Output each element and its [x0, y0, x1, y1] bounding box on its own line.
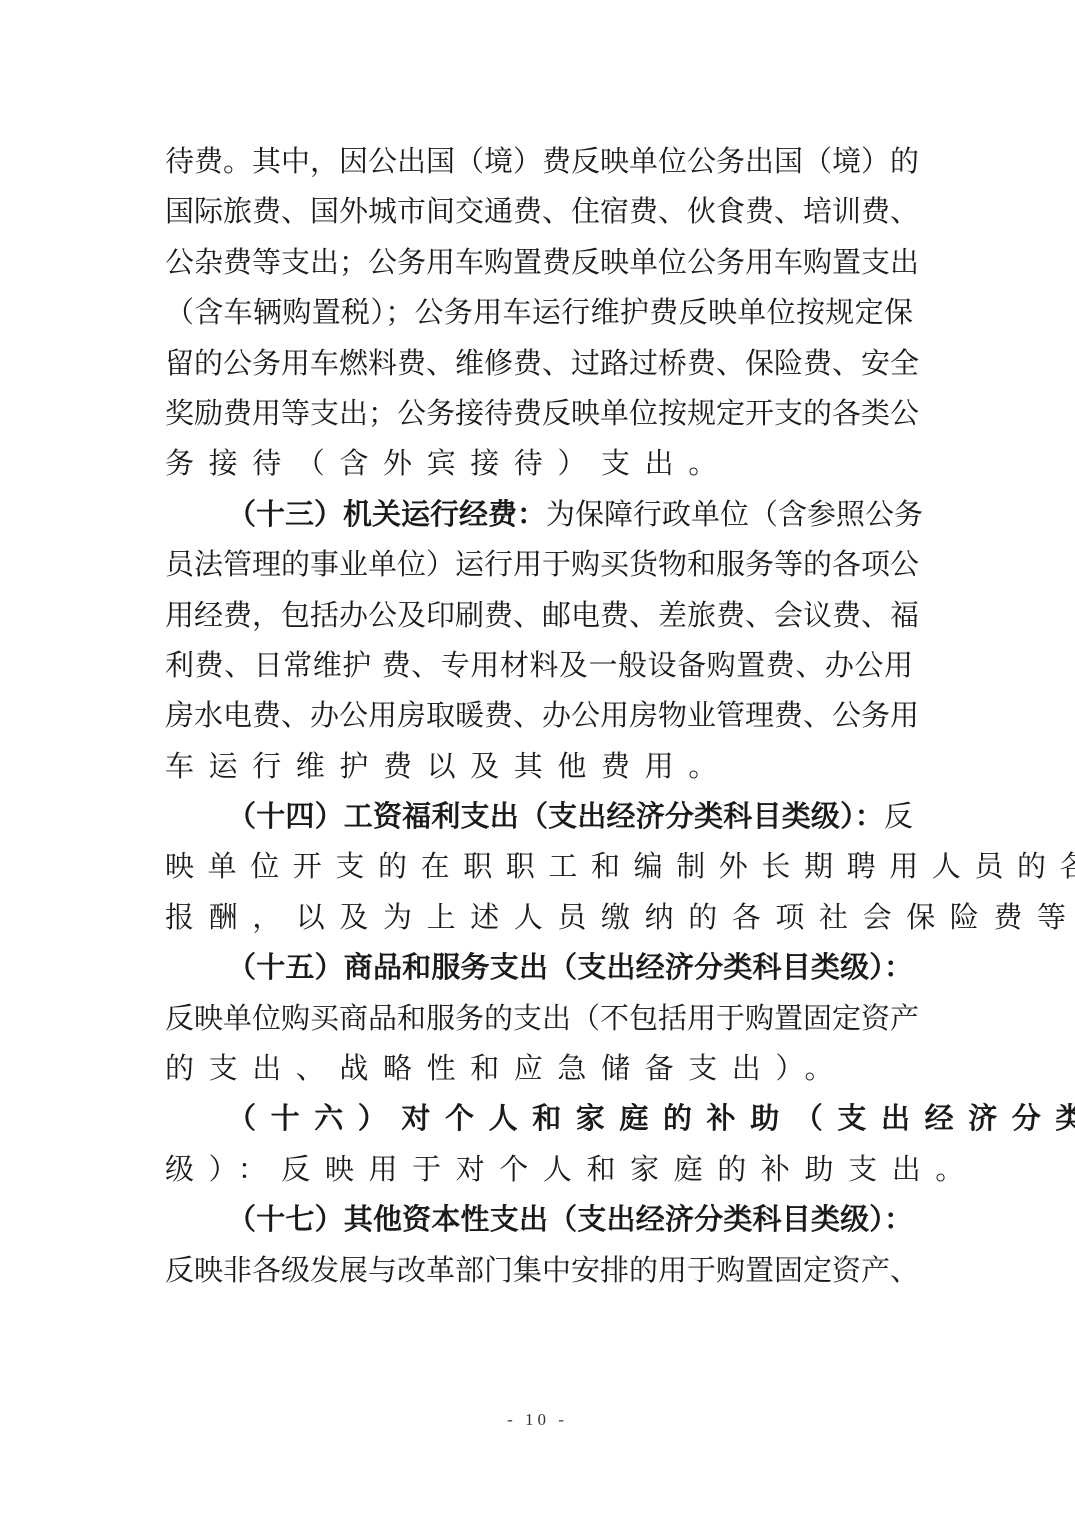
text-line: 映单位开支的在职职工和编制外长期聘用人员的各类劳动 — [165, 841, 913, 891]
section-13-first-line: （十三）机关运行经费：为保障行政单位（含参照公务 — [165, 489, 913, 539]
section-15-first-line: （十五）商品和服务支出（支出经济分类科目类级）： — [165, 942, 913, 992]
text-line: 留的公务用车燃料费、维修费、过路过桥费、保险费、安全 — [165, 338, 913, 388]
text-line: （含车辆购置税）；公务用车运行维护费反映单位按规定保 — [165, 287, 913, 337]
section-16-first-line: （十六）对个人和家庭的补助（支出经济分类科目类 — [165, 1093, 913, 1143]
text-line: 反映单位购买商品和服务的支出（不包括用于购置固定资产 — [165, 993, 913, 1043]
text-line: 报酬，以及为上述人员缴纳的各项社会保险费等。 — [165, 892, 913, 942]
text-line: 反映非各级发展与改革部门集中安排的用于购置固定资产、 — [165, 1245, 913, 1295]
section-14-first-line: （十四）工资福利支出（支出经济分类科目类级）：反 — [165, 791, 913, 841]
document-page: 待费。其中，因公出国（境）费反映单位公务出国（境）的 国际旅费、国外城市间交通费… — [0, 0, 1075, 1520]
text-line: 用经费，包括办公及印刷费、邮电费、差旅费、会议费、福 — [165, 590, 913, 640]
text-line: 务接待（含外宾接待）支出。 — [165, 438, 913, 488]
page-number: - 10 - — [0, 1410, 1075, 1430]
text-line: 房水电费、办公用房取暖费、办公用房物业管理费、公务用 — [165, 690, 913, 740]
text-line: 级）：反映用于对个人和家庭的补助支出。 — [165, 1144, 913, 1194]
text-line: 的支出、战略性和应急储备支出）。 — [165, 1043, 913, 1093]
section-15-heading: （十五）商品和服务支出（支出经济分类科目类级）： — [227, 950, 913, 984]
text-line: 待费。其中，因公出国（境）费反映单位公务出国（境）的 — [165, 136, 913, 186]
text-line: 员法管理的事业单位）运行用于购买货物和服务等的各项公 — [165, 539, 913, 589]
text-line: 奖励费用等支出；公务接待费反映单位按规定开支的各类公 — [165, 388, 913, 438]
text-fragment: 为保障行政单位（含参照公务 — [546, 497, 923, 531]
document-body: 待费。其中，因公出国（境）费反映单位公务出国（境）的 国际旅费、国外城市间交通费… — [165, 136, 913, 1295]
section-17-heading: （十七）其他资本性支出（支出经济分类科目类级）： — [227, 1202, 913, 1236]
text-fragment: 反 — [884, 799, 913, 833]
text-line: 国际旅费、国外城市间交通费、住宿费、伙食费、培训费、 — [165, 186, 913, 236]
section-13-heading: （十三）机关运行经费： — [227, 497, 546, 531]
section-14-heading: （十四）工资福利支出（支出经济分类科目类级）： — [227, 799, 884, 833]
text-line: 利费、日常维护 费、专用材料及一般设备购置费、办公用 — [165, 640, 913, 690]
section-17-first-line: （十七）其他资本性支出（支出经济分类科目类级）： — [165, 1194, 913, 1244]
section-16-heading: （十六）对个人和家庭的补助（支出经济分类科目类 — [227, 1101, 1075, 1135]
text-line: 公杂费等支出；公务用车购置费反映单位公务用车购置支出 — [165, 237, 913, 287]
text-line: 车运行维护费以及其他费用。 — [165, 741, 913, 791]
